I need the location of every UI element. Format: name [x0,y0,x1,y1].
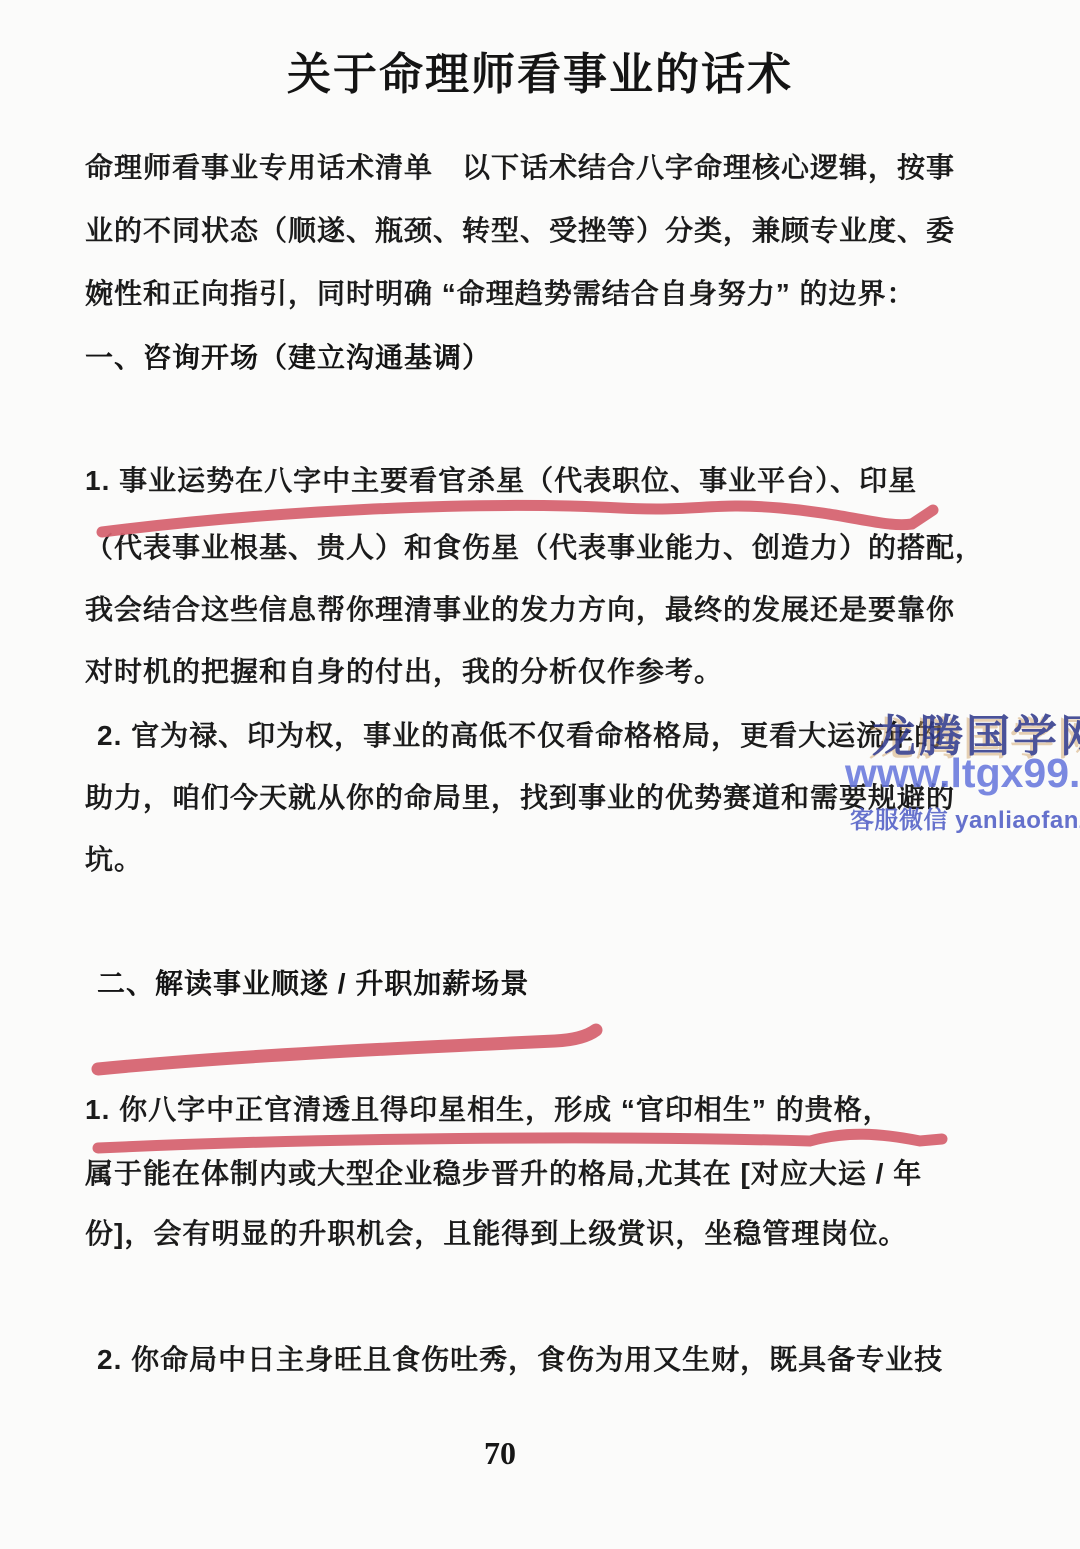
section2-item1-line: 份]，会有明显的升职机会，且能得到上级赏识，坐稳管理岗位。 [85,1216,1005,1252]
section1-item1-line: 我会结合这些信息帮你理清事业的发力方向，最终的发展还是要靠你 [85,592,1005,628]
section1-item1-line: （代表事业根基、贵人）和食伤星（代表事业能力、创造力）的搭配， [85,530,1005,566]
section1-item2-line: 坑。 [85,842,1005,878]
red-stroke-section2-heading [98,1030,596,1069]
section2-item2-line: 2. 你命局中日主身旺且食伤吐秀，食伤为用又生财，既具备专业技 [97,1342,1017,1378]
intro-line: 业的不同状态（顺遂、瓶颈、转型、受挫等）分类，兼顾专业度、委 [85,213,1005,249]
watermark-url: www.ltgx99.com [845,750,1080,797]
watermark-contact: 客服微信 yanliaofan225 [850,800,1080,835]
red-underline-section2-item1 [98,1134,942,1148]
section2-heading: 二、解读事业顺遂 / 升职加薪场景 [97,966,1017,1002]
section2-item1-line: 1. 你八字中正官清透且得印星相生，形成 “官印相生” 的贵格， [85,1092,1005,1128]
section1-heading: 一、咨询开场（建立沟通基调） [85,340,1005,376]
section1-item1-line: 1. 事业运势在八字中主要看官杀星（代表职位、事业平台）、印星 [85,463,1005,499]
page-number: 70 [440,1435,560,1472]
section2-item1-line: 属于能在体制内或大型企业稳步晋升的格局,尤其在 [对应大运 / 年 [85,1156,1005,1192]
intro-line: 命理师看事业专用话术清单 以下话术结合八字命理核心逻辑，按事 [85,150,1005,186]
section1-item1-line: 对时机的把握和自身的付出，我的分析仅作参考。 [85,654,1005,690]
document-page: 关于命理师看事业的话术 命理师看事业专用话术清单 以下话术结合八字命理核心逻辑，… [0,0,1080,1549]
page-title: 关于命理师看事业的话术 [0,38,1080,102]
red-underline-section1-item1 [102,505,933,532]
intro-line: 婉性和正向指引，同时明确 “命理趋势需结合自身努力” 的边界： [85,276,1005,312]
